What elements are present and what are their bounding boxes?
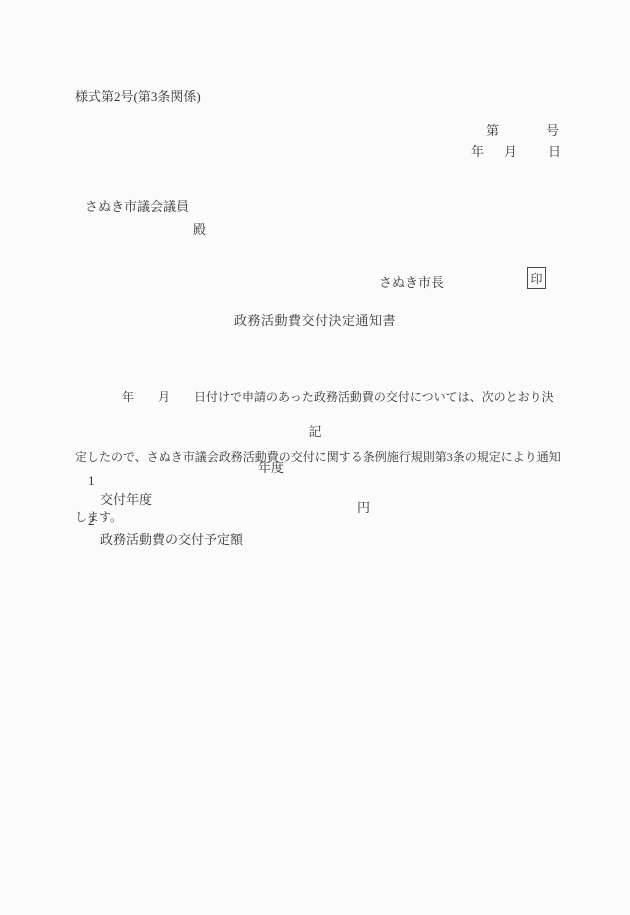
- list-item-planned-grant-amount: 2 政務活動費の交付予定額 円: [75, 497, 595, 580]
- date-day-label: 日: [548, 141, 561, 160]
- doc-number-prefix-label: 第: [486, 120, 499, 139]
- ki-separator: 記: [0, 421, 630, 440]
- document-title: 政務活動費交付決定通知書: [0, 310, 630, 329]
- recipient-name: さぬき市議会議員: [85, 196, 189, 215]
- body-line-1: 年 月 日付けで申請のあった政務活動費の交付については、次のとおり決: [75, 387, 575, 407]
- form-number-label: 様式第2号(第3条関係): [75, 86, 201, 105]
- document-page: 様式第2号(第3条関係) 第 号 年 月 日 さぬき市議会議員 殿 さぬき市長 …: [0, 0, 630, 915]
- item-number: 1: [88, 473, 101, 489]
- item-unit: 年度: [258, 457, 284, 476]
- item-number: 2: [88, 513, 101, 529]
- date-month-label: 月: [504, 141, 517, 160]
- recipient-honorific: 殿: [193, 219, 206, 238]
- doc-number-suffix-label: 号: [546, 120, 559, 139]
- sender-name: さぬき市長: [379, 272, 444, 291]
- item-label: 政務活動費の交付予定額: [100, 532, 243, 547]
- date-year-label: 年: [471, 141, 484, 160]
- item-unit: 円: [357, 497, 370, 516]
- seal-stamp: 印: [527, 267, 546, 289]
